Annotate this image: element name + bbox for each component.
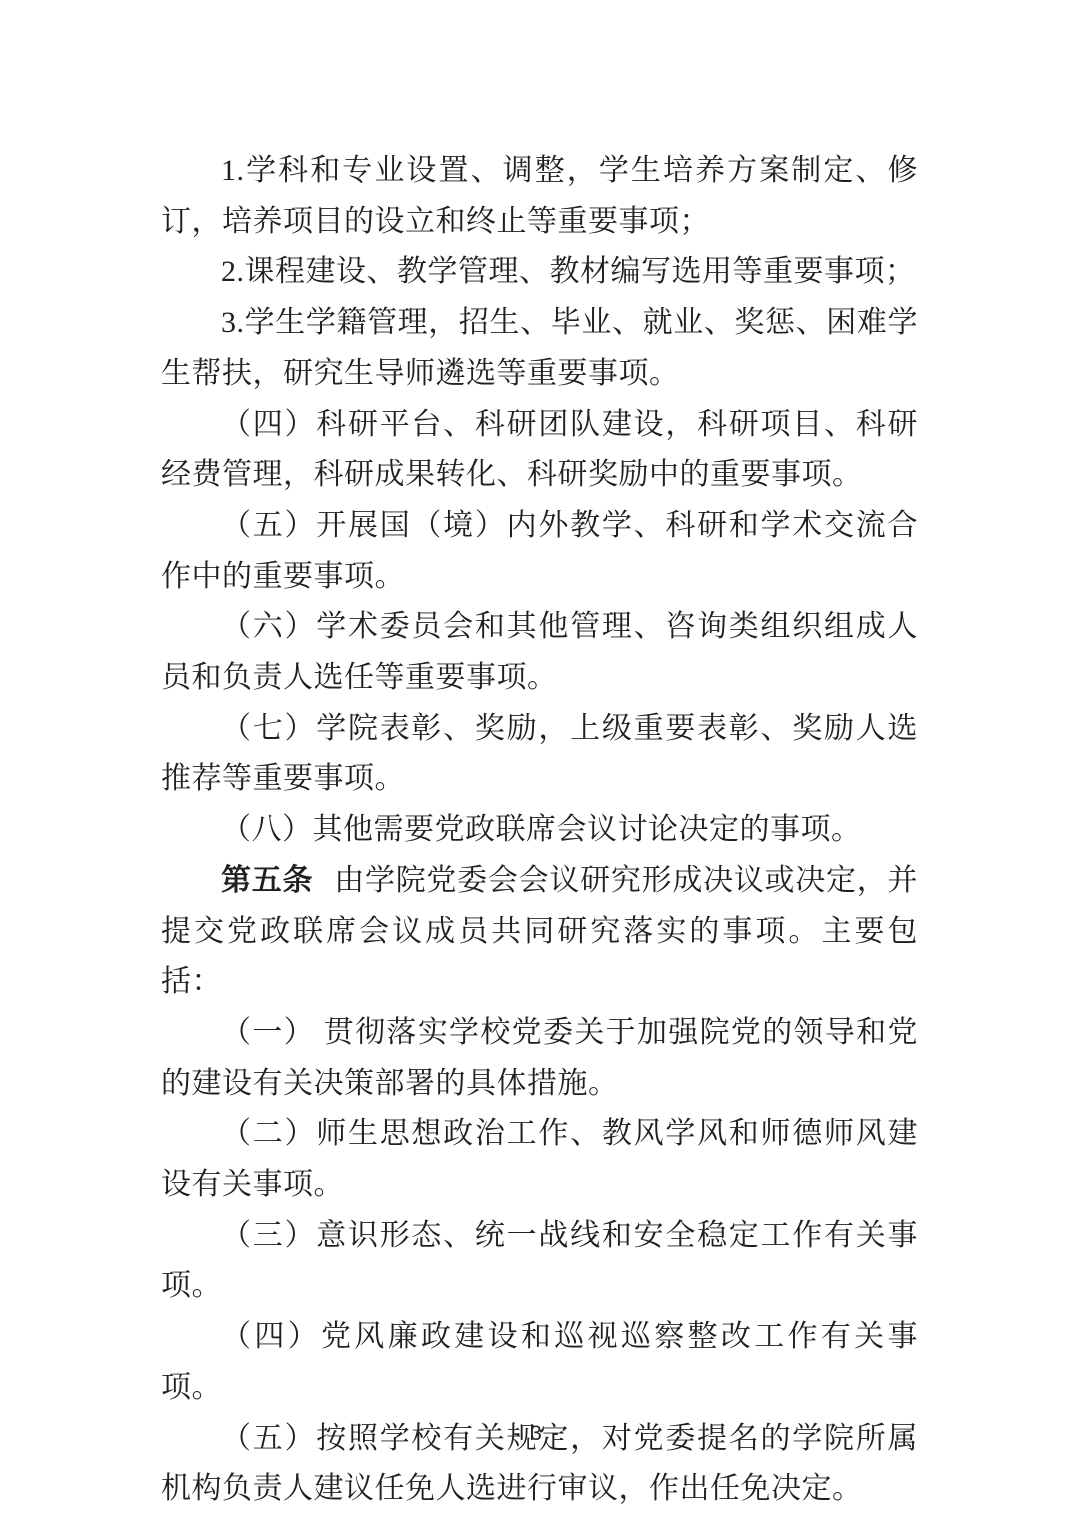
document-page: 1.学科和专业设置、调整，学生培养方案制定、修订，培养项目的设立和终止等重要事项… (0, 0, 1074, 1520)
paragraph: （五）开展国（境）内外教学、科研和学术交流合作中的重要事项。 (161, 501, 918, 602)
paragraph: （三）意识形态、统一战线和安全稳定工作有关事项。 (161, 1211, 918, 1312)
paragraph: 1.学科和专业设置、调整，学生培养方案制定、修订，培养项目的设立和终止等重要事项… (161, 146, 918, 247)
paragraph-text: （四）科研平台、科研团队建设，科研项目、科研经费管理，科研成果转化、科研奖励中的… (161, 408, 918, 492)
paragraph-text: （二）师生思想政治工作、教风学风和师德师风建设有关事项。 (161, 1117, 918, 1201)
paragraph-text: （七）学院表彰、奖励，上级重要表彰、奖励人选推荐等重要事项。 (161, 712, 918, 796)
paragraph-text: （五）开展国（境）内外教学、科研和学术交流合作中的重要事项。 (161, 509, 918, 593)
article-number-label: 第五条 (221, 864, 313, 897)
paragraph-text: （六）学术委员会和其他管理、咨询类组织组成人员和负责人选任等重要事项。 (161, 610, 918, 694)
paragraph-text: （四）党风廉政建设和巡视巡察整改工作有关事项。 (161, 1320, 918, 1404)
page-footer: - 3 - (0, 1422, 1074, 1446)
paragraph: （四）党风廉政建设和巡视巡察整改工作有关事项。 (161, 1312, 918, 1413)
paragraph-text: （一） 贯彻落实学校党委关于加强院党的领导和党的建设有关决策部署的具体措施。 (161, 1016, 918, 1100)
paragraph: 第五条由学院党委会会议研究形成决议或决定，并提交党政联席会议成员共同研究落实的事… (161, 856, 918, 1008)
paragraph-text: （三）意识形态、统一战线和安全稳定工作有关事项。 (161, 1219, 918, 1303)
paragraph: （六）学术委员会和其他管理、咨询类组织组成人员和负责人选任等重要事项。 (161, 602, 918, 703)
page-number: - 3 - (513, 1422, 560, 1445)
paragraph: （八）其他需要党政联席会议讨论决定的事项。 (161, 805, 918, 856)
document-body: 1.学科和专业设置、调整，学生培养方案制定、修订，培养项目的设立和终止等重要事项… (161, 146, 918, 1515)
paragraph: （七）学院表彰、奖励，上级重要表彰、奖励人选推荐等重要事项。 (161, 704, 918, 805)
paragraph-text: 1.学科和专业设置、调整，学生培养方案制定、修订，培养项目的设立和终止等重要事项… (161, 154, 918, 238)
paragraph: 3.学生学籍管理，招生、毕业、就业、奖惩、困难学生帮扶，研究生导师遴选等重要事项… (161, 298, 918, 399)
paragraph-text: 2.课程建设、教学管理、教材编写选用等重要事项； (221, 255, 916, 288)
paragraph: 2.课程建设、教学管理、教材编写选用等重要事项； (161, 247, 918, 298)
paragraph-text: 3.学生学籍管理，招生、毕业、就业、奖惩、困难学生帮扶，研究生导师遴选等重要事项… (161, 306, 918, 390)
paragraph: （四）科研平台、科研团队建设，科研项目、科研经费管理，科研成果转化、科研奖励中的… (161, 400, 918, 501)
paragraph: （一） 贯彻落实学校党委关于加强院党的领导和党的建设有关决策部署的具体措施。 (161, 1008, 918, 1109)
paragraph: （二）师生思想政治工作、教风学风和师德师风建设有关事项。 (161, 1109, 918, 1210)
paragraph-text: （八）其他需要党政联席会议讨论决定的事项。 (221, 813, 862, 846)
